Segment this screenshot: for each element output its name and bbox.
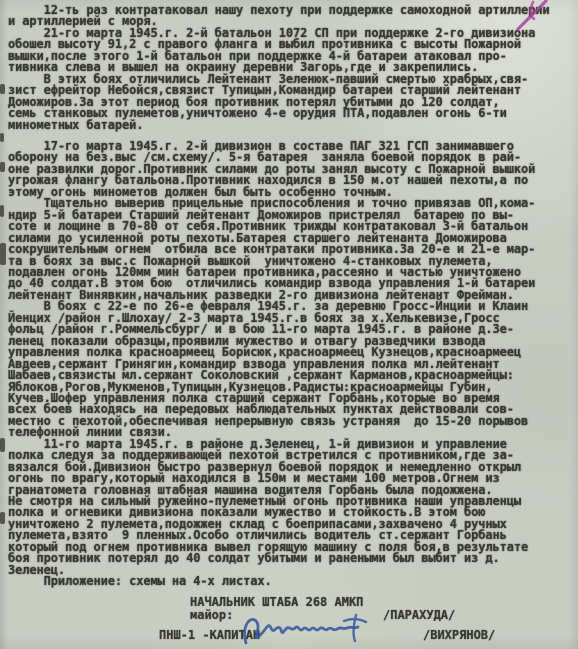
handwritten-signature-icon	[238, 613, 388, 649]
signature-chief-rank: майор:	[190, 609, 233, 621]
signature-chief-name: /ПАРАХУДА/	[383, 609, 455, 621]
scanned-document-page: 12-ть раз контратаковал нашу пехоту при …	[0, 0, 578, 649]
scan-edge-artifact	[0, 438, 5, 452]
scan-edge-artifact	[0, 133, 4, 142]
paragraph: В этих боях отличились Лейтенант Зеленюк…	[8, 74, 574, 131]
paragraph: В боях с 22-е по 26-е февраля 1945.г. за…	[8, 301, 574, 438]
paragraph: 17-го марта 1945.г. 2-й дивизион в соста…	[8, 141, 574, 198]
scan-edge-artifact	[0, 512, 5, 524]
scan-edge-artifact	[0, 162, 5, 172]
paragraph: Тщательно выверив прицельные приспособле…	[8, 198, 574, 301]
paragraph: 21-го марта 1945.г. 2-й батальон 1072 СП…	[8, 28, 574, 74]
scan-edge-artifact	[0, 205, 4, 217]
scan-edge-artifact	[0, 243, 6, 265]
document-text: 12-ть раз контратаковал нашу пехоту при …	[8, 5, 574, 588]
paragraph: 11-го марта 1945.г. в районе д.Зеленец, …	[8, 439, 574, 576]
signature-officer-title: ПНШ-1 -КАПИТАН	[159, 629, 260, 641]
paragraph: 12-ть раз контратаковал нашу пехоту при …	[8, 5, 574, 28]
paragraph: Приложение: схемы на 4-х листах.	[8, 576, 574, 587]
signature-officer-name: /ВИХРЯНОВ/	[423, 629, 495, 641]
scan-edge-artifact	[0, 84, 5, 94]
signature-chief-title: НАЧАЛЬНИК ШТАБА 268 АМКП	[190, 596, 363, 608]
